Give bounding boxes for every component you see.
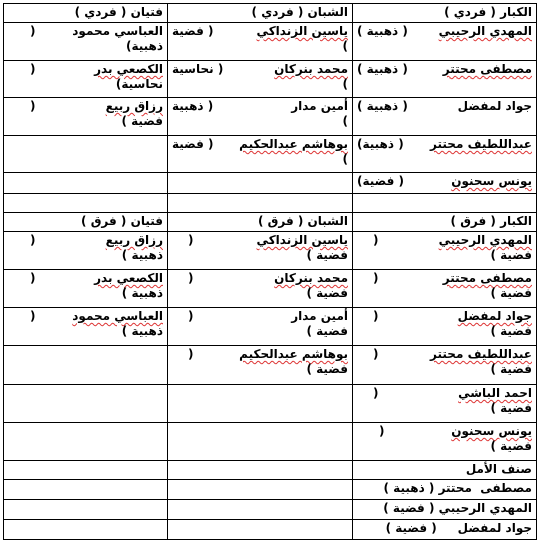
medal: ( نحاسية: [172, 62, 223, 77]
medal: (: [30, 233, 35, 248]
athlete-name: المهدي الرحيبي: [439, 233, 532, 248]
table-row: مصطفى محتتر ( فضية ) محمد بنركان ( فضية …: [4, 270, 537, 308]
medal-cont: فضية ): [172, 324, 348, 339]
cell-seniors: عبداللطيف محتتر ( فضية ): [353, 346, 537, 385]
table-row: يونس سحنون ( فضية ): [4, 423, 537, 461]
athlete-name: بوهاشم عبدالحكيم: [239, 347, 348, 362]
cell-youth: ياسين الزنداكي ( فضية ): [168, 232, 353, 270]
medal: ( ذهبية ): [357, 62, 408, 77]
medal-cont: فضية ): [172, 286, 348, 301]
medal: (: [373, 233, 378, 248]
header-youth-team: الشبان ( فرق ): [168, 213, 353, 232]
empty-cell: [4, 461, 168, 480]
cell-seniors: احمد الباشي ( فضية ): [353, 385, 537, 423]
medal-cont: فضية ): [357, 439, 532, 454]
athlete-name: يونس سحنون: [451, 174, 532, 189]
medal: (: [30, 62, 35, 77]
cell-seniors: مصطفى محتتر ( ذهبية ): [353, 61, 537, 98]
empty-cell: [353, 194, 537, 213]
header-hope: صنف الأمل: [353, 461, 537, 480]
medal-cont: فضية ): [172, 248, 348, 263]
cell-youth: بوهاشم عبدالحكيم ( فضية ): [168, 136, 353, 173]
medal-cont: فضية ): [357, 362, 532, 377]
cell-youth: أمين مدار ( ذهبية ): [168, 98, 353, 136]
cell-youth: محمد بنركان ( فضية ): [168, 270, 353, 308]
table-row: مصطفى محتتر ( ذهبية ): [4, 480, 537, 500]
table-row-empty: [4, 194, 537, 213]
empty-cell: [4, 194, 168, 213]
medal-cont: ): [172, 114, 348, 129]
medal: (: [373, 271, 378, 286]
cell-juniors: رزاق ربيع ( ذهبية ): [4, 232, 168, 270]
hope-header-row: صنف الأمل: [4, 461, 537, 480]
cell-seniors: مصطفى محتتر ( فضية ): [353, 270, 537, 308]
medal-cont: ذهبية ): [8, 248, 163, 263]
athlete-name: عبداللطيف محتتر: [430, 347, 532, 362]
table-row: عبداللطيف محتتر ( فضية ) بوهاشم عبدالحكي…: [4, 346, 537, 385]
medal: ( فضية: [172, 137, 214, 152]
cell-juniors: رزاق ربيع ( فضية ): [4, 98, 168, 136]
medal: (: [188, 233, 193, 248]
athlete-name: احمد الباشي: [458, 386, 532, 401]
header-juniors-team: فتيان ( فرق ): [4, 213, 168, 232]
header-juniors-individual: فتيان ( فردي ): [4, 4, 168, 23]
table-row: المهدي الرحيبي ( فضية ): [4, 500, 537, 520]
medal-cont: ): [172, 77, 348, 92]
table-header-row: الكبار ( فرق ) الشبان ( فرق ) فتيان ( فر…: [4, 213, 537, 232]
medal: (: [30, 24, 35, 39]
medal: (: [30, 309, 35, 324]
empty-cell: [4, 520, 168, 540]
medal-cont: فضية ): [357, 286, 532, 301]
athlete-name: جواد لمفضل: [458, 99, 532, 114]
cell-juniors: [4, 385, 168, 423]
athlete-name: مصطفى محتتر: [443, 271, 532, 286]
individual-results-table: الكبار ( فردي ) الشبان ( فردي ) فتيان ( …: [3, 3, 537, 213]
cell-seniors: يونس سحنون ( فضية ): [353, 423, 537, 461]
cell-juniors: الكصعي بدر ( نحاسية): [4, 61, 168, 98]
medal: ( فضية: [172, 24, 214, 39]
team-results-table: الكبار ( فرق ) الشبان ( فرق ) فتيان ( فر…: [3, 212, 537, 540]
cell-juniors: [4, 173, 168, 194]
medal: (: [188, 347, 193, 362]
cell-youth: [168, 173, 353, 194]
athlete-name: مصطفى محتتر: [443, 62, 532, 77]
medal-cont: ذهبية ): [8, 286, 163, 301]
medal: (: [373, 309, 378, 324]
table-row: جواد لمفضل ( فضية ) أمين مدار ( فضية ) ا…: [4, 308, 537, 346]
athlete-name: الكصعي بدر: [94, 271, 163, 286]
cell-juniors: [4, 136, 168, 173]
medal: ( ذهبية): [357, 137, 404, 152]
cell-youth: ياسين الزنداكي ( فضية ): [168, 23, 353, 61]
medal: (: [188, 271, 193, 286]
cell-youth: [168, 423, 353, 461]
hope-result: جواد لمفضل ( فضية ): [353, 520, 537, 540]
table-row: جواد لمفضل ( فضية ): [4, 520, 537, 540]
medal-cont: ذهبية ): [8, 324, 163, 339]
table-row: المهدي الرحيبي ( فضية ) ياسين الزنداكي (…: [4, 232, 537, 270]
empty-cell: [168, 520, 353, 540]
cell-youth: محمد بنركان ( نحاسية ): [168, 61, 353, 98]
table-row: عبداللطيف محتتر ( ذهبية) بوهاشم عبدالحكي…: [4, 136, 537, 173]
empty-cell: [4, 480, 168, 500]
medal-cont: فضية ): [172, 362, 348, 377]
cell-seniors: المهدي الرحيبي ( فضية ): [353, 232, 537, 270]
medal: ( ذهبية ): [357, 99, 408, 114]
header-seniors-team: الكبار ( فرق ): [353, 213, 537, 232]
medal: (: [30, 271, 35, 286]
athlete-name: محمد بنركان: [274, 271, 348, 286]
cell-youth: أمين مدار ( فضية ): [168, 308, 353, 346]
medal: (: [30, 99, 35, 114]
table-header-row: الكبار ( فردي ) الشبان ( فردي ) فتيان ( …: [4, 4, 537, 23]
medal-cont: ): [172, 152, 348, 167]
cell-juniors: [4, 346, 168, 385]
medal-cont: نحاسية): [8, 77, 163, 92]
medal: (: [373, 347, 378, 362]
cell-juniors: [4, 423, 168, 461]
empty-cell: [168, 461, 353, 480]
athlete-name: المهدي الرحيبي: [439, 24, 532, 39]
table-row: المهدي الرحيبي ( ذهبية ) ياسين الزنداكي …: [4, 23, 537, 61]
table-row: يونس سحنون ( فضية): [4, 173, 537, 194]
athlete-name: أمين مدار: [291, 309, 348, 324]
cell-juniors: العباسي محمود ( ذهبية): [4, 23, 168, 61]
empty-cell: [168, 500, 353, 520]
cell-juniors: العباسي محمود ( ذهبية ): [4, 308, 168, 346]
cell-youth: [168, 385, 353, 423]
athlete-name: العباسي محمود: [72, 24, 163, 39]
medal: (: [379, 424, 384, 439]
medal: ( ذهبية: [172, 99, 213, 114]
medal: (: [188, 309, 193, 324]
cell-seniors: المهدي الرحيبي ( ذهبية ): [353, 23, 537, 61]
cell-youth: بوهاشم عبدالحكيم ( فضية ): [168, 346, 353, 385]
athlete-name: أمين مدار: [291, 99, 348, 114]
medal-cont: فضية ): [357, 324, 532, 339]
medal-cont: ذهبية): [8, 39, 163, 54]
athlete-name: يونس سحنون: [451, 424, 532, 439]
cell-juniors: الكصعي بدر ( ذهبية ): [4, 270, 168, 308]
medal-cont: فضية ): [8, 114, 163, 129]
athlete-name: بوهاشم عبدالحكيم: [239, 137, 348, 152]
table-row: جواد لمفضل ( ذهبية ) أمين مدار ( ذهبية )…: [4, 98, 537, 136]
cell-seniors: جواد لمفضل ( فضية ): [353, 308, 537, 346]
athlete-name: محمد بنركان: [274, 62, 348, 77]
empty-cell: [168, 480, 353, 500]
header-youth-individual: الشبان ( فردي ): [168, 4, 353, 23]
medal-cont: فضية ): [357, 248, 532, 263]
athlete-name: ياسين الزنداكي: [257, 233, 348, 248]
hope-result: مصطفى محتتر ( ذهبية ): [353, 480, 537, 500]
cell-seniors: عبداللطيف محتتر ( ذهبية): [353, 136, 537, 173]
medal-cont: فضية ): [357, 401, 532, 416]
athlete-name: رزاق ربيع: [106, 233, 163, 248]
cell-seniors: يونس سحنون ( فضية): [353, 173, 537, 194]
athlete-name: جواد لمفضل: [458, 309, 532, 324]
medal: (: [373, 386, 378, 401]
athlete-name: العباسي محمود: [72, 309, 163, 324]
cell-seniors: جواد لمفضل ( ذهبية ): [353, 98, 537, 136]
hope-result: المهدي الرحيبي ( فضية ): [353, 500, 537, 520]
header-seniors-individual: الكبار ( فردي ): [353, 4, 537, 23]
athlete-name: الكصعي بدر: [94, 62, 163, 77]
empty-cell: [4, 500, 168, 520]
athlete-name: رزاق ربيع: [106, 99, 163, 114]
table-row: مصطفى محتتر ( ذهبية ) محمد بنركان ( نحاس…: [4, 61, 537, 98]
athlete-name: ياسين الزنداكي: [257, 24, 348, 39]
medal: ( ذهبية ): [357, 24, 408, 39]
empty-cell: [168, 194, 353, 213]
medal: ( فضية): [357, 174, 404, 189]
table-row: احمد الباشي ( فضية ): [4, 385, 537, 423]
athlete-name: عبداللطيف محتتر: [430, 137, 532, 152]
medal-cont: ): [172, 39, 348, 54]
